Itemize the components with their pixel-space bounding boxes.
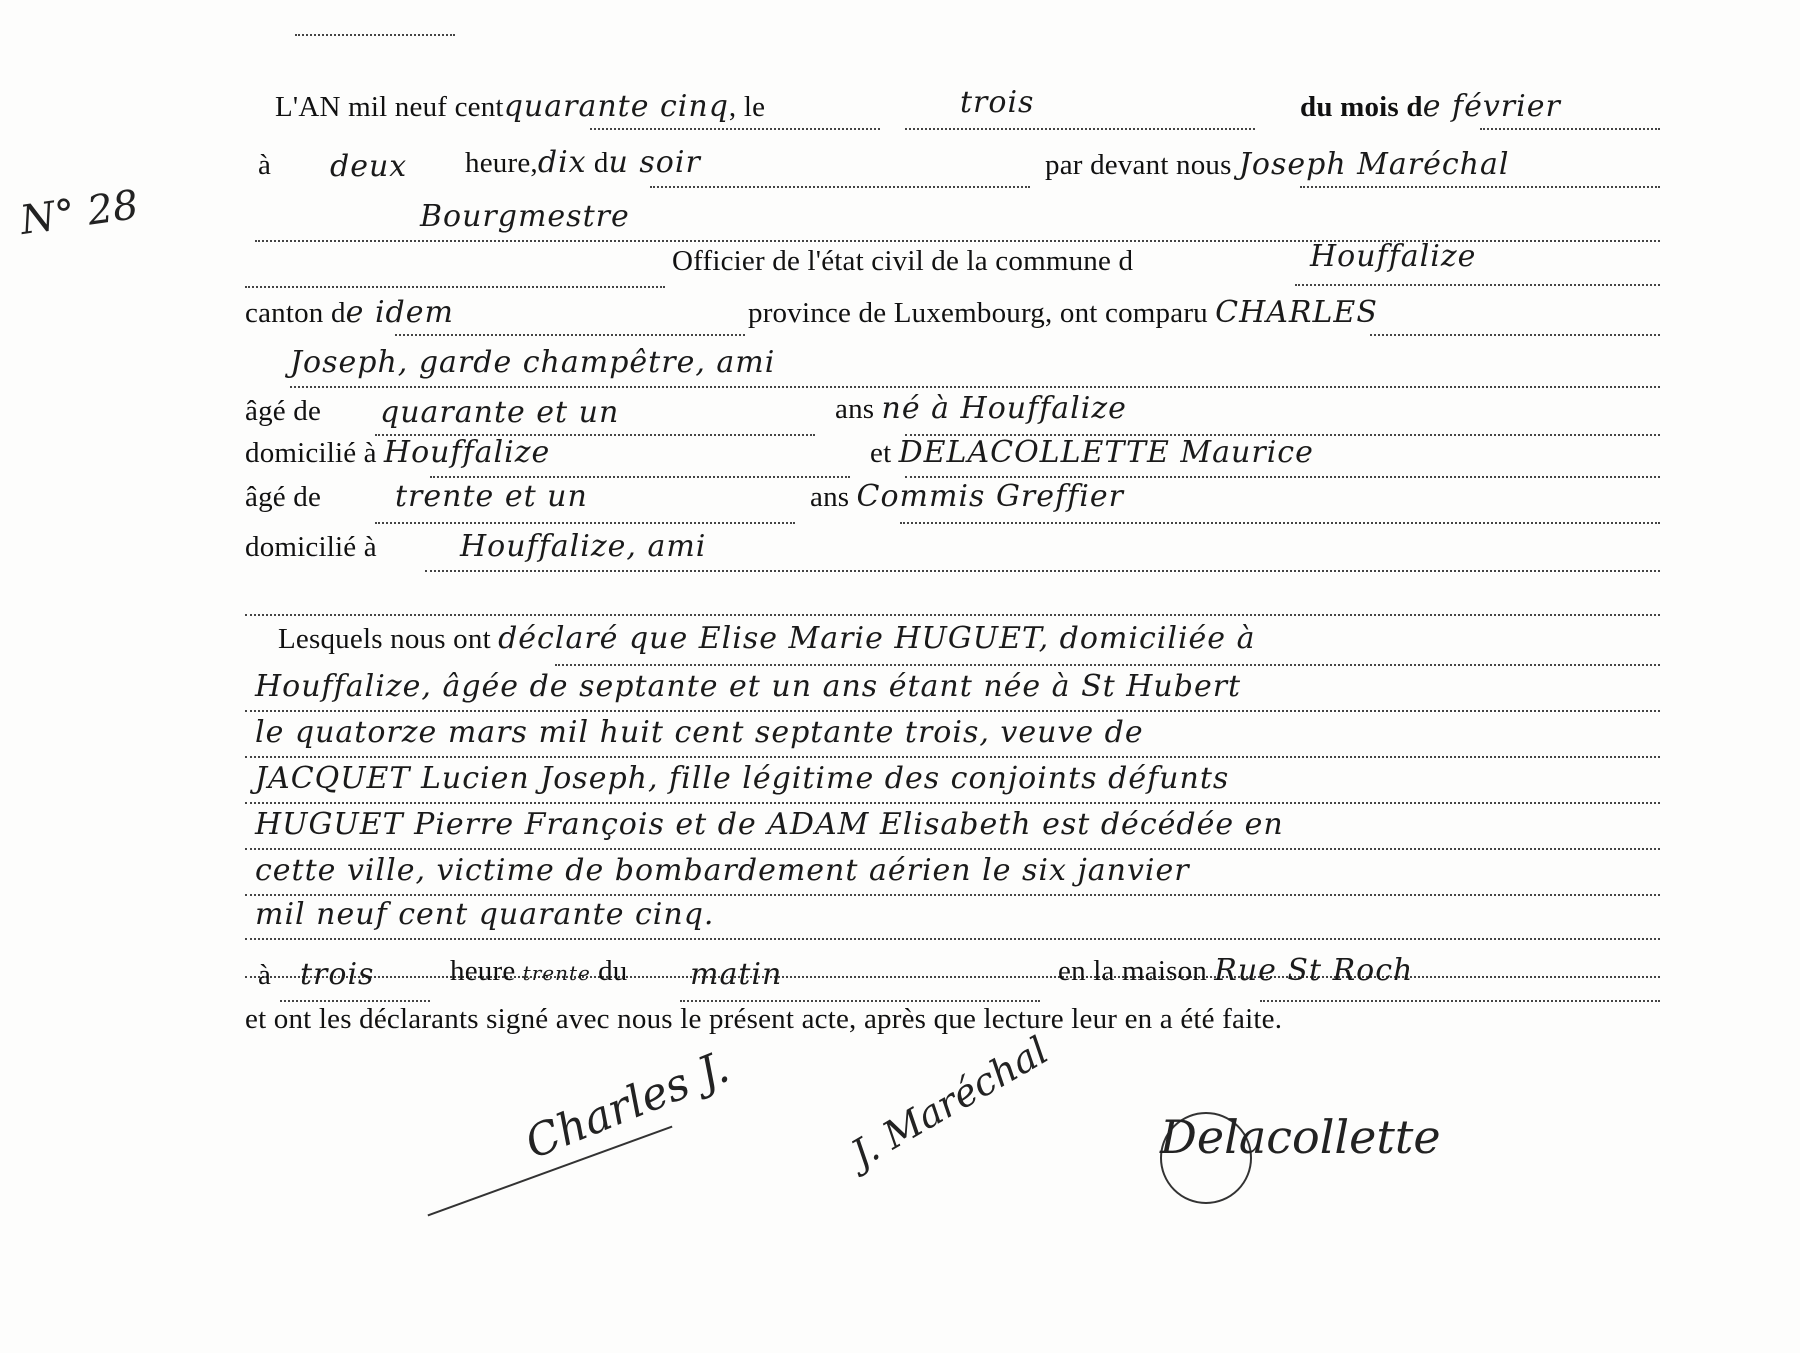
printed-heure: heure, <box>465 147 538 179</box>
hand-declarant1-surname: CHARLES <box>1215 295 1378 330</box>
printed-month-prefix: du mois d <box>1300 91 1423 123</box>
printed-par-devant-nous: par devant nous <box>1045 149 1232 181</box>
printed-a-time: à <box>258 959 271 991</box>
signature-declarant-1: Charles J. <box>518 1042 736 1170</box>
commune-wrap: Officier de l'état civil de la commune d <box>672 244 1133 278</box>
field-occupation2-line <box>900 488 1660 524</box>
field-decl-line-5 <box>245 814 1660 850</box>
hand-minutes: dix <box>538 145 587 180</box>
printed-domicilie-1: domicilié <box>245 437 356 469</box>
record-number: N° 28 <box>17 182 141 244</box>
signature-officer: J. Maréchal <box>844 1028 1056 1176</box>
printed-age-de-2: âgé de <box>245 481 321 513</box>
dom2-wrap: domicilié à <box>245 530 377 564</box>
printed-a-1: à <box>364 437 377 469</box>
field-title-line <box>255 206 1660 242</box>
printed-du: du <box>598 955 627 987</box>
field-year-line <box>590 94 880 130</box>
field-age1-line <box>375 400 815 436</box>
field-declarant1-line <box>1370 300 1660 336</box>
field-blank-line-2 <box>245 580 1660 616</box>
field-period-line <box>650 152 1030 188</box>
field-age2-line <box>375 488 795 524</box>
printed-et: et <box>870 437 891 469</box>
death-record-page: N° 28 L'AN mil neuf centquarante cinq, l… <box>0 0 1800 1353</box>
printed-year-prefix: L'AN mil neuf cent <box>275 91 504 123</box>
printed-closing-statement: et ont les déclarants signé avec nous le… <box>245 1003 1282 1035</box>
field-decl-line-1 <box>555 630 1660 666</box>
field-declarant2-line <box>905 442 1660 478</box>
field-residence1-line <box>430 442 850 478</box>
field-decl-line-4 <box>245 768 1660 804</box>
field-decl-line-7 <box>245 904 1660 940</box>
field-decl-line-3 <box>245 722 1660 758</box>
field-commune-line <box>1295 250 1660 286</box>
printed-province: province de Luxembourg, ont comparu <box>748 297 1208 329</box>
printed-canton: canton d <box>245 297 346 329</box>
field-officer-line <box>1300 152 1660 188</box>
printed-ans-1: ans <box>835 393 874 425</box>
printed-domicilie-2: domicilié à <box>245 531 377 563</box>
field-canton-line <box>395 300 745 336</box>
printed-lesquels: Lesquels nous ont <box>278 623 491 655</box>
printed-d: d <box>594 147 609 179</box>
field-death-hour-line <box>280 966 430 1002</box>
field-month-line <box>1480 94 1660 130</box>
hour-wrap: deux <box>330 150 407 184</box>
death-time-wrap: à <box>258 958 271 992</box>
death-heure-wrap: heure trente du <box>450 954 628 990</box>
signature-declarant-2: Delacollette <box>1160 1110 1441 1164</box>
age2-wrap: âgé de <box>245 480 321 514</box>
printed-heure-2: heure <box>450 955 515 987</box>
field-birthplace1-line <box>905 400 1660 436</box>
printed-officier-commune: Officier de l'état civil de la commune d <box>672 245 1133 277</box>
field-hour-line <box>295 0 455 36</box>
field-declarant1-details-line <box>290 352 1660 388</box>
field-residence2-line <box>425 536 1660 572</box>
closing-wrap: et ont les déclarants signé avec nous le… <box>245 1002 1282 1036</box>
hand-death-minutes: trente <box>523 961 591 985</box>
field-decl-line-2 <box>245 676 1660 712</box>
printed-a: à <box>258 149 271 181</box>
field-death-period-line <box>680 966 1040 1002</box>
age1-wrap: âgé de <box>245 394 321 428</box>
printed-ans-2: ans <box>810 481 849 513</box>
printed-en-la-maison: en la maison <box>1058 955 1207 987</box>
hand-hour: deux <box>330 149 407 184</box>
printed-age-de-1: âgé de <box>245 395 321 427</box>
field-address-line <box>1260 966 1660 1002</box>
row-time: à <box>258 148 271 182</box>
province-wrap: province de Luxembourg, ont comparu CHAR… <box>748 296 1378 330</box>
field-blank-line <box>245 252 665 288</box>
field-day-line <box>905 94 1255 130</box>
field-decl-line-6 <box>245 860 1660 896</box>
